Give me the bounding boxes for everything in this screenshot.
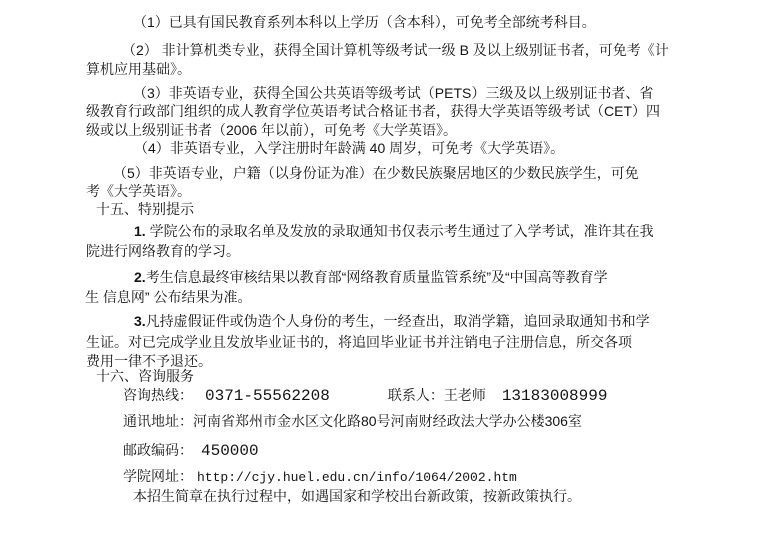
hotline-row: 咨询热线：0371-55562208联系人：王老师13183008999: [123, 386, 607, 405]
exemption-clause-2-line-1: （2） 非计算机类专业，获得全国计算机等级考试一级 B 及以上级别证书者，可免考…: [122, 41, 669, 59]
document-page: （1）已具有国民教育系列本科以上学历（含本科），可免考全部统考科目。 （2） 非…: [0, 0, 783, 538]
note-item-1-text: 学院公布的录取名单及发放的录取通知书仅表示考生通过了入学考试，准许其在我: [146, 223, 654, 239]
section-15-heading: 十五、特别提示: [96, 200, 194, 218]
website-row: 学院网址：http://cjy.huel.edu.cn/info/1064/20…: [123, 467, 517, 487]
exemption-clause-3-line-2: 级教育行政部门组织的成人教育学位英语考试合格证书者，获得大学英语等级考试（CET…: [86, 102, 660, 120]
note-item-1-line-2: 院进行网络教育的学习。: [86, 242, 240, 260]
website-url: http://cjy.huel.edu.cn/info/1064/2002.ht…: [197, 470, 517, 485]
exemption-clause-5-line-1: （5）非英语专业，户籍（以身份证为准）在少数民族聚居地区的少数民族学生，可免: [113, 164, 639, 182]
exemption-clause-1-line-1: （1）已具有国民教育系列本科以上学历（含本科），可免考全部统考科目。: [133, 13, 596, 31]
hotline-label: 咨询热线：: [123, 387, 193, 403]
note-item-1-number: 1.: [134, 223, 146, 239]
section-16-heading: 十六、咨询服务: [96, 367, 194, 385]
postcode-label: 邮政编码：: [123, 442, 193, 458]
address-value: 河南省郑州市金水区文化路80号河南财经政法大学办公楼306室: [193, 413, 582, 429]
exemption-clause-3-line-3: 级或以上级别证书者（2006 年以前），可免考《大学英语》。: [86, 121, 457, 139]
note-item-3-line-2: 生证。对已完成学业且发放毕业证书的，将追回毕业证书并注销电子注册信息，所交各项: [86, 333, 632, 351]
note-item-2-line-2: 生 信息网” 公布结果为准。: [85, 288, 251, 306]
hotline-number: 0371-55562208: [205, 387, 330, 405]
closing-note: 本招生简章在执行过程中，如遇国家和学校出台新政策，按新政策执行。: [133, 487, 581, 505]
exemption-clause-3-line-1: （3）非英语专业，获得全国公共英语等级考试（PETS）三级及以上级别证书者、省: [133, 84, 653, 102]
exemption-clause-4-line-1: （4）非英语专业，入学注册时年龄满 40 周岁，可免考《大学英语》。: [134, 139, 564, 157]
exemption-clause-2-line-2: 算机应用基础》。: [86, 60, 191, 78]
note-item-3-line-1: 3.凡持虚假证件或伪造个人身份的考生，一经查出，取消学籍，追回录取通知书和学: [134, 312, 650, 330]
contact-person-label: 联系人：王老师: [388, 387, 486, 403]
note-item-2-line-1: 2.考生信息最终审核结果以教育部“网络教育质量监管系统”及“中国高等教育学: [134, 268, 608, 286]
postcode-row: 邮政编码：450000: [123, 441, 259, 460]
website-label: 学院网址：: [123, 468, 193, 484]
exemption-clause-5-line-2: 考《大学英语》。: [86, 182, 191, 200]
note-item-2-number: 2.: [134, 269, 146, 285]
address-label: 通讯地址：: [123, 413, 193, 429]
contact-mobile-number: 13183008999: [502, 387, 608, 405]
note-item-3-number: 3.: [134, 313, 146, 329]
note-item-2-text: 考生信息最终审核结果以教育部“网络教育质量监管系统”及“中国高等教育学: [146, 269, 608, 285]
note-item-3-text: 凡持虚假证件或伪造个人身份的考生，一经查出，取消学籍，追回录取通知书和学: [146, 313, 650, 329]
postcode-value: 450000: [201, 442, 259, 460]
address-row: 通讯地址：河南省郑州市金水区文化路80号河南财经政法大学办公楼306室: [123, 412, 582, 430]
note-item-1-line-1: 1. 学院公布的录取名单及发放的录取通知书仅表示考生通过了入学考试，准许其在我: [134, 222, 654, 240]
